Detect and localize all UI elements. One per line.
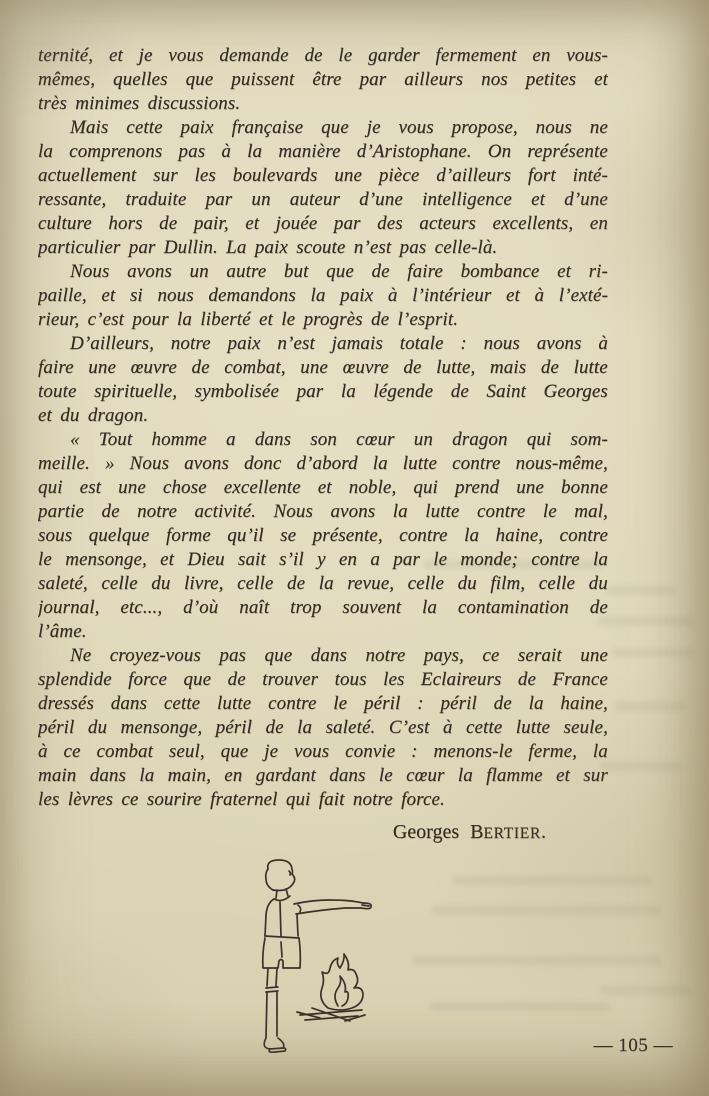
word: une (88, 357, 116, 379)
word: ailleurs (404, 69, 463, 91)
word: péril (216, 717, 252, 739)
word: paix (255, 237, 288, 259)
word: l’intérieur (412, 285, 491, 307)
word: hors (108, 213, 142, 235)
word: Nous (70, 261, 109, 283)
word: nous (484, 333, 520, 355)
word: d’une (564, 189, 608, 211)
text-line: maindanslamain,engardantdanslecœurlaflam… (38, 765, 608, 789)
word: le (543, 501, 557, 523)
word: péril (38, 717, 74, 739)
word: présente, (313, 525, 383, 547)
word: cette (466, 717, 502, 739)
word: qui (38, 477, 63, 499)
show-through-mark (412, 956, 662, 965)
word: la (297, 717, 312, 739)
word: liberté (200, 309, 250, 331)
word: à (221, 141, 231, 163)
word: et (556, 765, 570, 787)
word: la (38, 141, 53, 163)
word: revue, (347, 573, 394, 595)
word: main (38, 765, 76, 787)
word: qui (527, 429, 552, 451)
word: garder (368, 45, 420, 67)
word: contre (452, 453, 500, 475)
show-through-mark (600, 986, 690, 995)
word: d’abord (296, 453, 357, 475)
word: dans (111, 693, 147, 715)
campfire (297, 954, 365, 1021)
word: main, (168, 765, 211, 787)
word: paix (340, 285, 373, 307)
signature-family-name: BERTIER. (470, 821, 546, 843)
word: et (259, 309, 273, 331)
word: de (541, 357, 559, 379)
word: Tout (99, 429, 133, 451)
word: donc (244, 453, 281, 475)
word: petites (526, 69, 576, 91)
text-line: actuellementsurlesboulevardsunepièced’ai… (38, 165, 608, 189)
word: acteurs (419, 213, 476, 235)
word: actuellement (38, 165, 136, 187)
word: » (105, 453, 115, 475)
word: cette (164, 693, 200, 715)
word: très (38, 93, 67, 115)
word: la (458, 765, 473, 787)
word: avons (184, 453, 229, 475)
word: le (38, 549, 52, 571)
word: spirituelle, (94, 381, 177, 403)
word: boulevards (233, 165, 318, 187)
word: paille, (38, 285, 87, 307)
word: en (339, 549, 357, 571)
word: comprenons (69, 141, 162, 163)
word: de (371, 261, 389, 283)
word: et (594, 69, 608, 91)
word: la (247, 141, 262, 163)
word: Nous (130, 453, 169, 475)
word: de (451, 381, 469, 403)
word: et (101, 285, 115, 307)
word: du (151, 573, 170, 595)
word: intelligence (422, 189, 512, 211)
word: et (38, 405, 52, 427)
word: flamme (486, 765, 543, 787)
word: et (160, 549, 174, 571)
word: mensonge, (65, 549, 147, 571)
word: sur (583, 765, 608, 787)
word: vous (399, 117, 434, 139)
word: a (370, 549, 380, 571)
scout-campfire-illustration (250, 858, 375, 1053)
word: de (266, 717, 284, 739)
word: Nous (274, 501, 313, 523)
word: but (284, 261, 309, 283)
word: est (80, 477, 101, 499)
word: d’ailleurs (436, 165, 511, 187)
word: livre, (184, 573, 223, 595)
word: bombance (461, 261, 540, 283)
word: en (590, 213, 608, 235)
text-line: etdudragon. (38, 405, 608, 429)
word: l’exté- (559, 285, 608, 307)
text-line: leslèvrescesourirefraternelquifaitnotref… (38, 789, 608, 813)
signature-given-name: Georges (393, 821, 459, 843)
word: la (139, 765, 154, 787)
word: la (529, 693, 544, 715)
word: la (393, 501, 408, 523)
word: celle (101, 573, 137, 595)
word: avons (537, 333, 582, 355)
word: celle-là. (435, 237, 498, 259)
signature-period: . (541, 821, 546, 843)
word: n’est (277, 333, 314, 355)
word: prend (455, 477, 499, 499)
word: de (228, 669, 246, 691)
word: et (506, 285, 520, 307)
word: pays, (424, 645, 464, 667)
word: la (319, 573, 334, 595)
word: et (245, 213, 259, 235)
word: c’est (88, 309, 124, 331)
word: une (516, 477, 544, 499)
word: je (264, 741, 278, 763)
word: Georges (544, 381, 608, 403)
word: du (589, 573, 608, 595)
word: forme (166, 525, 211, 547)
word: sourire (147, 789, 202, 811)
word: je (139, 45, 153, 67)
word: France (552, 669, 607, 691)
word: gardant (256, 765, 316, 787)
word: lutte (574, 357, 608, 379)
word: son (310, 429, 337, 451)
word: D’ailleurs, (70, 333, 154, 355)
word: haine, (560, 693, 608, 715)
word: trop (290, 597, 321, 619)
word: le (433, 549, 447, 571)
text-line: lacomprenonspasàlamanièred’Aristophane.O… (38, 141, 608, 165)
word: pas (179, 141, 206, 163)
word: excellents, (492, 213, 573, 235)
word: cœur (406, 765, 444, 787)
word: paix (227, 333, 260, 355)
word: en (532, 45, 550, 67)
text-line: ternité,etjevousdemandedelegarderfermeme… (38, 45, 608, 69)
word: noble, (349, 477, 397, 499)
word: par (334, 213, 361, 235)
word: par (393, 549, 420, 571)
word: une (580, 645, 608, 667)
word: fermement (435, 45, 516, 67)
word: C’est (389, 717, 430, 739)
word: demandons (208, 285, 295, 307)
word: la (310, 285, 325, 307)
word: faire (38, 357, 74, 379)
word: la (177, 309, 192, 331)
word: dragon (452, 429, 508, 451)
show-through-mark (452, 876, 652, 885)
word: à (388, 285, 398, 307)
word: œuvre (131, 357, 177, 379)
text-line: trèsminimesdiscussions. (38, 93, 608, 117)
word: dressés (38, 693, 94, 715)
word: contre (531, 549, 579, 571)
show-through-mark (606, 586, 678, 595)
word: saleté, (38, 573, 88, 595)
text-line: paille,etsinousdemandonslapaixàl’intérie… (38, 285, 608, 309)
word: La (226, 237, 246, 259)
word: le (379, 765, 393, 787)
word: avons (330, 501, 375, 523)
word: si (130, 285, 143, 307)
text-line: àcecombatseul,quejevousconvie:menons-lef… (38, 741, 608, 765)
word: un (414, 429, 433, 451)
word: notre (353, 789, 393, 811)
text-line: journal,etc...,d’oùnaîttropsouventlacont… (38, 597, 608, 621)
word: d’où (183, 597, 218, 619)
word: sous (38, 525, 72, 547)
word: Saint (486, 381, 526, 403)
word: notre (137, 501, 177, 523)
word: vous (168, 45, 203, 67)
word: de (159, 213, 177, 235)
word: meille. (38, 453, 90, 475)
word: une (118, 477, 146, 499)
word: ri- (589, 261, 608, 283)
word: péril (364, 693, 400, 715)
word: la (593, 741, 608, 763)
word: journal, (38, 597, 100, 619)
word: souvent (342, 597, 401, 619)
word: du (60, 405, 79, 427)
word: sur (153, 165, 178, 187)
word: de (371, 309, 389, 331)
word: dans (329, 765, 365, 787)
word: combat (96, 741, 153, 763)
word: ce (482, 645, 499, 667)
show-through-mark (614, 702, 686, 711)
word: lutte (516, 717, 550, 739)
text-line: rieur,c’estpourlalibertéetleprogrèsdel’e… (38, 309, 608, 333)
word: minimes (75, 93, 139, 115)
word: pièce (379, 165, 420, 187)
word: force (128, 669, 167, 691)
word: quelque (89, 525, 150, 547)
text-line: mêmes,quellesquepuissentêtreparailleursn… (38, 69, 608, 93)
word: monde; (460, 549, 518, 571)
word: représente (527, 141, 608, 163)
word: convie (345, 741, 395, 763)
word: le (333, 693, 347, 715)
word: le (338, 45, 352, 67)
show-through-mark (430, 1002, 610, 1011)
word: lutte (425, 501, 459, 523)
word: de (101, 501, 119, 523)
text-line: D’ailleurs,notrepaixn’estjamaistotale:no… (38, 333, 608, 357)
word: par (206, 189, 233, 211)
word: jamais (332, 333, 383, 355)
page-number: — 105 — (594, 1035, 674, 1057)
word: lèvres (68, 789, 113, 811)
signature: GeorgesBERTIER. (38, 821, 608, 844)
word: la (593, 549, 608, 571)
word: contre (399, 525, 447, 547)
word: mais (490, 357, 526, 379)
signature-family-initial: B (470, 821, 483, 843)
word: des (377, 213, 403, 235)
word: pour (132, 309, 168, 331)
word: Eclaireurs (421, 669, 502, 691)
word: fort (528, 165, 556, 187)
word: et (531, 189, 545, 211)
word: de (590, 597, 608, 619)
word: scoute (296, 237, 345, 259)
text-line: Nousavonsunautrebutquedefairebombanceetr… (38, 261, 608, 285)
word: les (38, 789, 59, 811)
word: menons-le (433, 741, 512, 763)
word: Dullin. (164, 237, 218, 259)
word: pair, (194, 213, 229, 235)
word: en (224, 765, 242, 787)
word: inté- (573, 165, 608, 187)
word: quelles (113, 69, 168, 91)
body-text: ternité,etjevousdemandedelegarderfermeme… (38, 45, 608, 813)
text-line: dressésdanscetteluttecontrelepéril:péril… (38, 693, 608, 717)
word: dans (311, 645, 347, 667)
word: vous- (566, 45, 608, 67)
word: de (191, 357, 209, 379)
word: serait (518, 645, 562, 667)
word: fraternel (210, 789, 277, 811)
text-line: faireuneœuvredecombat,uneœuvredelutte,ma… (38, 357, 608, 381)
word: la (341, 381, 356, 403)
word: manière (278, 141, 340, 163)
word: naît (239, 597, 269, 619)
word: dans (90, 765, 126, 787)
word: la (373, 453, 388, 475)
word: et (318, 477, 332, 499)
word: cette (126, 117, 162, 139)
text-line: l’âme. (38, 621, 608, 645)
word: particulier (38, 237, 120, 259)
word: saleté. (326, 717, 376, 739)
word: contre (477, 501, 525, 523)
scout-figure (263, 860, 371, 1052)
word: les (195, 165, 216, 187)
show-through-mark (432, 906, 662, 915)
word: combat, (224, 357, 285, 379)
word: symbolisée (195, 381, 279, 403)
word: nous-même, (516, 453, 608, 475)
word: que (183, 669, 211, 691)
word: œuvre (343, 357, 389, 379)
show-through-mark (612, 648, 692, 657)
word: sait (238, 549, 266, 571)
word: a (226, 429, 236, 451)
text-line: meille.»Nousavonsdoncd’abordlaluttecontr… (38, 453, 608, 477)
word: nous (157, 285, 193, 307)
word: lutte, (436, 357, 475, 379)
text-line: culturehorsdepair,etjouéepardesacteursex… (38, 213, 608, 237)
word: paix (181, 117, 214, 139)
text-line: particulierparDullin.Lapaixscouten’estpa… (38, 237, 608, 261)
text-line: toutespirituelle,symboliséeparlalégended… (38, 381, 608, 405)
word: puissent (231, 69, 294, 91)
text-line: lemensonge,etDieusaits’ilyenaparlemonde;… (38, 549, 608, 573)
word: : (411, 741, 417, 763)
word: : (417, 693, 423, 715)
word: légende (373, 381, 433, 403)
word: dragon. (88, 405, 148, 427)
word: haine, (496, 525, 544, 547)
word: celle (408, 573, 444, 595)
word: et (109, 45, 123, 67)
text-line: sousquelqueformequ’ilseprésente,contrela… (38, 525, 608, 549)
word: par (360, 69, 387, 91)
word: que (221, 741, 249, 763)
word: traduite (125, 189, 186, 211)
signature-family-rest: ERTIER (483, 825, 541, 842)
word: lutte (403, 453, 437, 475)
word: et (557, 261, 571, 283)
word: une (334, 165, 362, 187)
word: toute (38, 381, 77, 403)
word: nous (536, 117, 572, 139)
word: totale (400, 333, 444, 355)
text-line: saleté,celledulivre,celledelarevue,celle… (38, 573, 608, 597)
word: dans (255, 429, 291, 451)
word: de (518, 669, 536, 691)
text-line: splendideforcequedetrouvertouslesEclaire… (38, 669, 608, 693)
word: qu’il (227, 525, 263, 547)
word: croyez-vous (110, 645, 201, 667)
word: seule, (564, 717, 608, 739)
text-line: quiestunechoseexcellenteetnoble,quiprend… (38, 477, 608, 501)
word: bonne (561, 477, 608, 499)
word: de (403, 357, 421, 379)
word: de (287, 573, 305, 595)
word: à (38, 741, 48, 763)
word: que (321, 117, 349, 139)
word: y (317, 549, 326, 571)
text-line: Maiscettepaixfrançaisequejevouspropose,n… (38, 117, 608, 141)
word: du (458, 573, 477, 595)
word: mêmes, (38, 69, 95, 91)
word: force. (401, 789, 445, 811)
word: nos (481, 69, 508, 91)
word: française (232, 117, 304, 139)
word: pas (219, 645, 246, 667)
word: fait (319, 789, 345, 811)
word: jouée (276, 213, 318, 235)
word: avons (127, 261, 172, 283)
word: mal, (574, 501, 608, 523)
text-line: Necroyez-vouspasquedansnotrepays,ceserai… (38, 645, 608, 669)
word: que (326, 261, 354, 283)
word: qui (286, 789, 311, 811)
word: faire (407, 261, 443, 283)
word: de (304, 45, 322, 67)
word: un (251, 189, 270, 211)
text-line: partiedenotreactivité.Nousavonslalutteco… (38, 501, 608, 525)
word: trouver (262, 669, 318, 691)
word: autre (226, 261, 266, 283)
word: splendide (38, 669, 112, 691)
word: le (281, 309, 295, 331)
word: l’esprit. (398, 309, 459, 331)
word: lutte (217, 693, 251, 715)
